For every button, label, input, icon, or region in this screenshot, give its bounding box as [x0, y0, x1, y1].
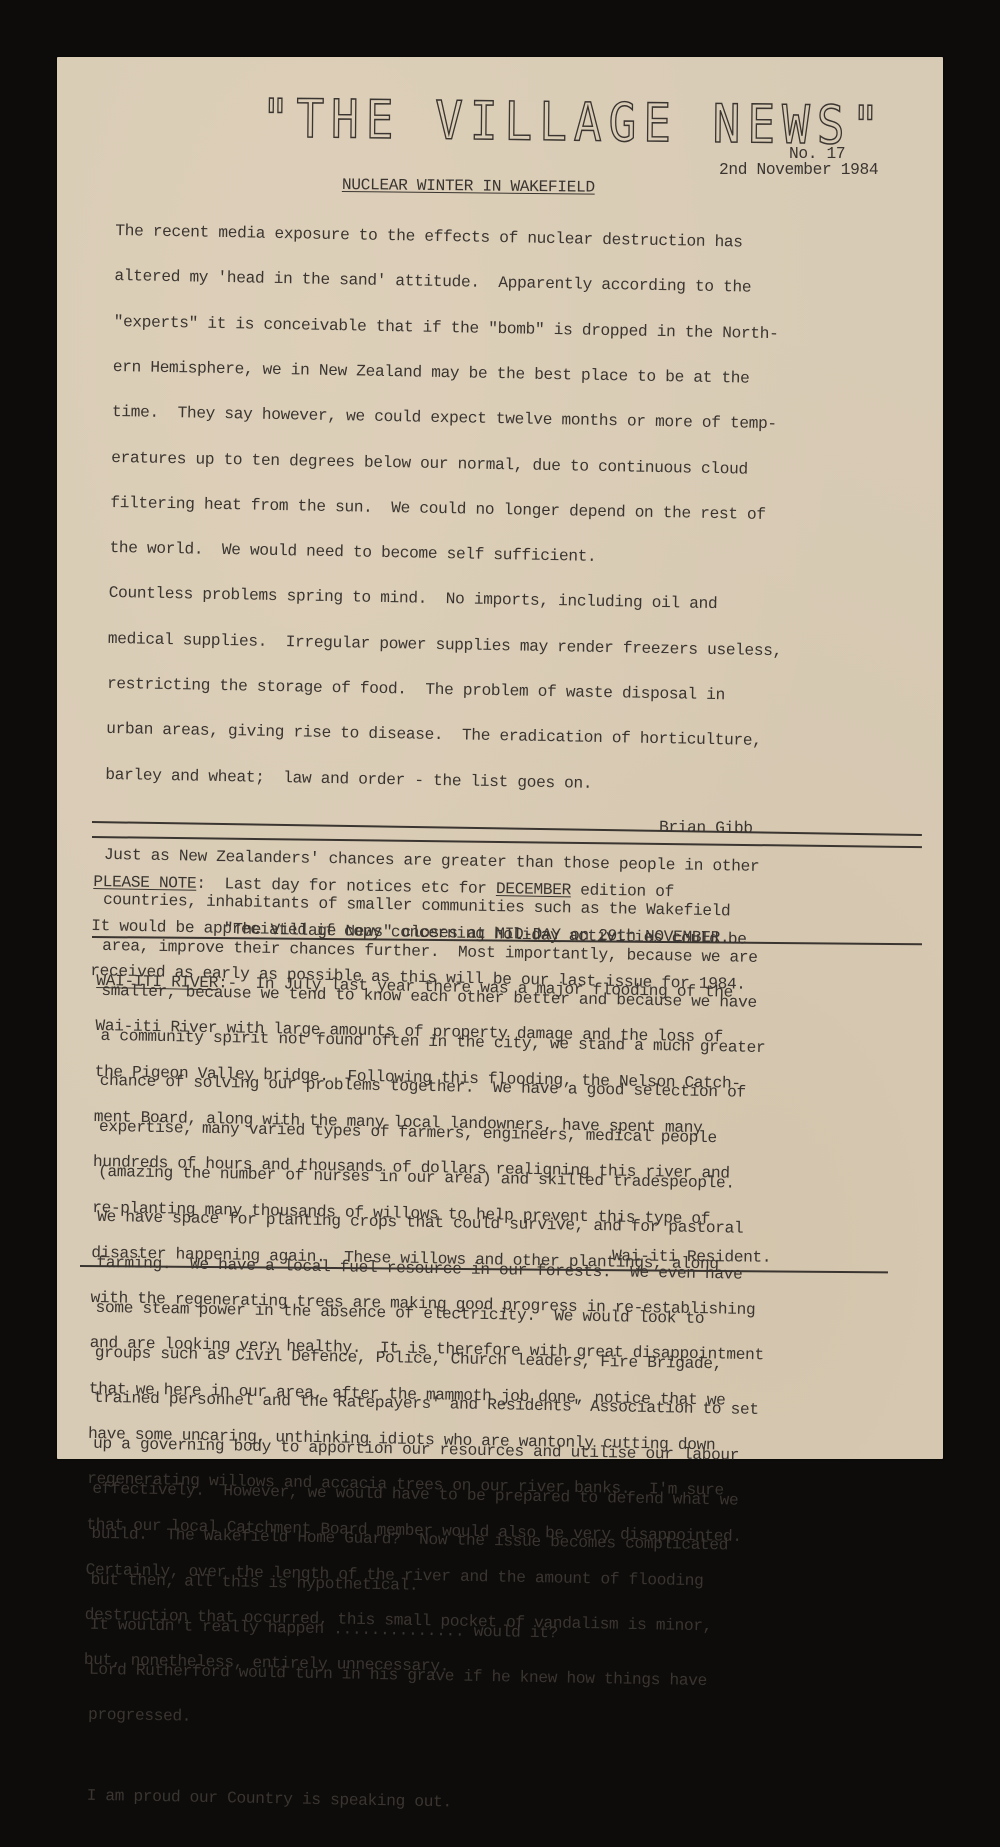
article-line: that we here in our area, after the mamm… [89, 1382, 763, 1409]
river-author-signature: Wai-iti Resident. [612, 1249, 771, 1265]
article-line: ern Hemisphere, we in New Zealand may be… [113, 360, 787, 387]
article-text: In July last year there was a major floo… [237, 975, 734, 1002]
article-line: the world. We would need to become self … [109, 541, 783, 568]
river-label-suffix: :- [218, 974, 237, 992]
article-line: barley and wheat; law and order - the li… [105, 767, 779, 794]
issue-date: 2nd November 1984 [719, 163, 878, 178]
article-line: urban areas, giving rise to disease. The… [106, 722, 780, 749]
article-line: Wai-iti River with large amounts of prop… [95, 1019, 769, 1046]
article-line: WAI-ITI RIVER:- In July last year there … [96, 974, 770, 1001]
article-line: filtering heat from the sun. We could no… [110, 496, 784, 523]
notice-followup-line: It would be appreciated if copy concerni… [91, 919, 747, 948]
notice-month: DECEMBER [496, 880, 571, 899]
issue-number: No. 17 [789, 147, 845, 162]
article-line: The recent media exposure to the effects… [115, 224, 789, 251]
article-line: time. They say however, we could expect … [112, 405, 786, 432]
article-line: and are looking very healthy. It is ther… [90, 1336, 764, 1363]
newsletter-page: "THE VILLAGE NEWS" No. 17 2nd November 1… [57, 57, 943, 1459]
article-line: have some uncaring, unthinking idiots wh… [88, 1427, 762, 1454]
article-line: ment Board, along with the many local la… [94, 1110, 768, 1137]
article-line: the Pigeon Valley bridge. Following this… [95, 1065, 769, 1092]
article-line: restricting the storage of food. The pro… [107, 677, 781, 704]
article-line: medical supplies. Irregular power suppli… [108, 632, 782, 659]
river-label: WAI-ITI RIVER [96, 972, 218, 992]
article-river-body: WAI-ITI RIVER:- In July last year there … [83, 944, 771, 1516]
article-line: with the regenerating trees are making g… [90, 1291, 764, 1318]
article-line: re-planting many thousands of willows to… [92, 1201, 766, 1228]
article-line: Countless problems spring to mind. No im… [109, 586, 783, 613]
article-line: regenerating willows and accacia trees o… [87, 1472, 761, 1499]
notice-text: edition of [571, 882, 674, 902]
article-line: hundreds of hours and thousands of dolla… [93, 1155, 767, 1182]
article-headline: NUCLEAR WINTER IN WAKEFIELD [342, 178, 595, 196]
author-signature: Brian Gibb [659, 820, 753, 836]
article-line: altered my 'head in the sand' attitude. … [114, 269, 788, 296]
article-line: eratures up to ten degrees below our nor… [111, 451, 785, 478]
article-line: "experts" it is conceivable that if the … [114, 315, 788, 342]
